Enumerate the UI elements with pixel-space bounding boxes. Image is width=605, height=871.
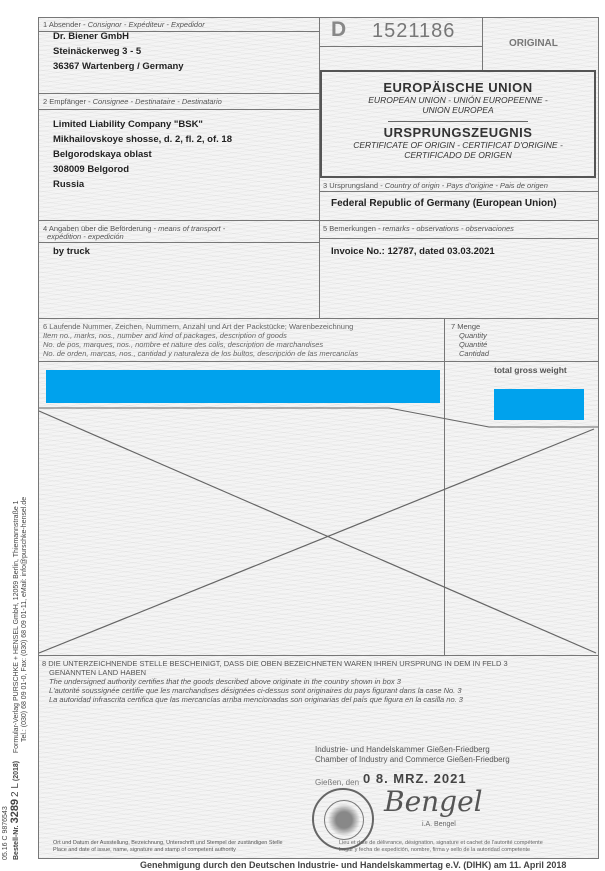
remarks-invoice: Invoice No.: 12787, dated 03.03.2021 <box>331 244 495 259</box>
footnote-left: Ort und Datum der Ausstellung, Bezeichnu… <box>53 840 283 854</box>
box3-label: 3 Ursprungsland - Country of origin - Pa… <box>323 181 548 190</box>
serial-number: 1521186 <box>372 20 455 43</box>
consignor-name: Dr. Biener GmbH <box>53 29 129 44</box>
place-label: Gießen, den <box>315 778 359 787</box>
consignee-name: Limited Liability Company "BSK" <box>53 117 203 132</box>
consignee-country: Russia <box>53 177 84 192</box>
issuing-authority: Industrie- und Handelskammer Gießen-Frie… <box>315 745 510 765</box>
footnote-right: Lieu et date de délivrance, désignation,… <box>339 840 543 854</box>
signer-name: i.A. Bengel <box>422 821 456 828</box>
cross-out-lines <box>39 361 598 656</box>
eu-title: EUROPÄISCHE UNION <box>322 80 594 95</box>
publisher-sideprint: 05.16 C 9876543 Bestell-Nr. 3289 2 L (20… <box>2 497 28 860</box>
certificate-form: 1 Absender - Consignor - Expéditeur - Ex… <box>38 17 599 859</box>
signature: Bengel <box>384 785 483 818</box>
country-of-origin: Federal Republic of Germany (European Un… <box>331 196 557 211</box>
consignee-region: Belgorodskaya oblast <box>53 147 152 162</box>
certificate-title: URSPRUNGSZEUGNIS <box>322 125 594 140</box>
consignor-city: 36367 Wartenberg / Germany <box>53 59 184 74</box>
consignee-city: 308009 Belgorod <box>53 162 129 177</box>
box1-label: 1 Absender - Consignor - Expéditeur - Ex… <box>43 20 205 29</box>
box7-label: 7 Menge Quantity Quantité Cantidad <box>451 322 489 358</box>
box6-label: 6 Laufende Nummer, Zeichen, Nummern, Anz… <box>43 322 358 358</box>
consignee-street: Mikhailovskoye shosse, d. 2, fl. 2, of. … <box>53 132 232 147</box>
issue-date: 0 8. MRZ. 2021 <box>363 771 467 786</box>
approval-footer: Genehmigung durch den Deutschen Industri… <box>140 860 566 870</box>
eu-header: EUROPÄISCHE UNION EUROPEAN UNION - UNIÓN… <box>320 70 596 178</box>
transport-means: by truck <box>53 244 90 259</box>
box8-certification: 8 DIE UNTERZEICHNENDE STELLE BESCHEINIGT… <box>42 659 508 704</box>
country-letter: D <box>331 18 346 42</box>
original-label: ORIGINAL <box>509 38 558 49</box>
consignor-street: Steinäckerweg 3 - 5 <box>53 44 141 59</box>
box5-label: 5 Bemerkungen - remarks - observations -… <box>323 224 514 233</box>
box2-label: 2 Empfänger - Consignee - Destinataire -… <box>43 97 222 106</box>
